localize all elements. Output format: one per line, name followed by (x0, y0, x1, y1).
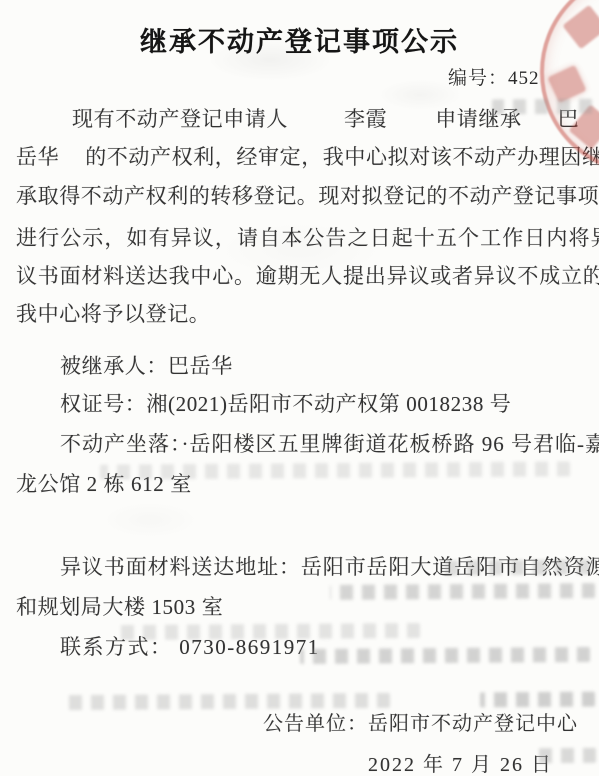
ink-bleed-mark (100, 461, 570, 479)
body-line-2-rest: 的不动产权利，经审定，我中心拟对该不动产办理因继 (85, 145, 599, 169)
body-line-2: 岳华的不动产权利，经审定，我中心拟对该不动产办理因继 (16, 141, 599, 171)
scanned-notice-document: 继承不动产登记事项公示 编号：452 现有不动产登记申请人李霞申请继承巴 岳华的… (0, 0, 599, 776)
field-decedent: 被继承人：巴岳华 (60, 350, 233, 380)
body-line-5: 议书面材料送达我中心。逾期无人提出异议或者异议不成立的， (16, 260, 599, 290)
body-line-1-lead: 现有不动产登记申请人 (72, 107, 288, 131)
ink-bleed-mark (120, 623, 420, 640)
body-line-6: 我中心将予以登记。 (16, 298, 210, 328)
footer-date: 2022 年 7 月 26 日 (368, 748, 553, 776)
decedent-name-end: 岳华 (16, 145, 59, 169)
seal-glyph-mark (587, 0, 599, 2)
field-certificate-number: 权证号：湘(2021)岳阳市不动产权第 0018238 号 (60, 388, 511, 418)
ink-bleed-mark (440, 559, 590, 575)
field-objection-address-line2: 和规划局大楼 1503 室 (16, 591, 223, 621)
footer-issuer: 公告单位：岳阳市不动产登记中心 (263, 707, 578, 736)
document-number: 编号：452 (448, 63, 540, 90)
ink-bleed-mark (60, 693, 390, 710)
document-title: 继承不动产登记事项公示 (0, 20, 599, 59)
ink-bleed-mark (480, 692, 595, 708)
ink-bleed-mark (538, 748, 596, 763)
ink-bleed-mark (492, 99, 592, 115)
applicant-name: 李霞 (344, 107, 387, 131)
seal-glyph-mark (547, 65, 586, 103)
field-property-location-line1: 不动产坐落：·岳阳楼区五里牌街道花板桥路 96 号君临-嘉 (60, 428, 599, 458)
ink-bleed-mark (300, 647, 590, 664)
body-line-4: 进行公示，如有异议，请自本公告之日起十五个工作日内将异 (16, 222, 599, 252)
body-line-3: 承取得不动产权利的转移登记。现对拟登记的不动产登记事项 (16, 180, 599, 210)
ink-bleed-mark (330, 583, 595, 600)
